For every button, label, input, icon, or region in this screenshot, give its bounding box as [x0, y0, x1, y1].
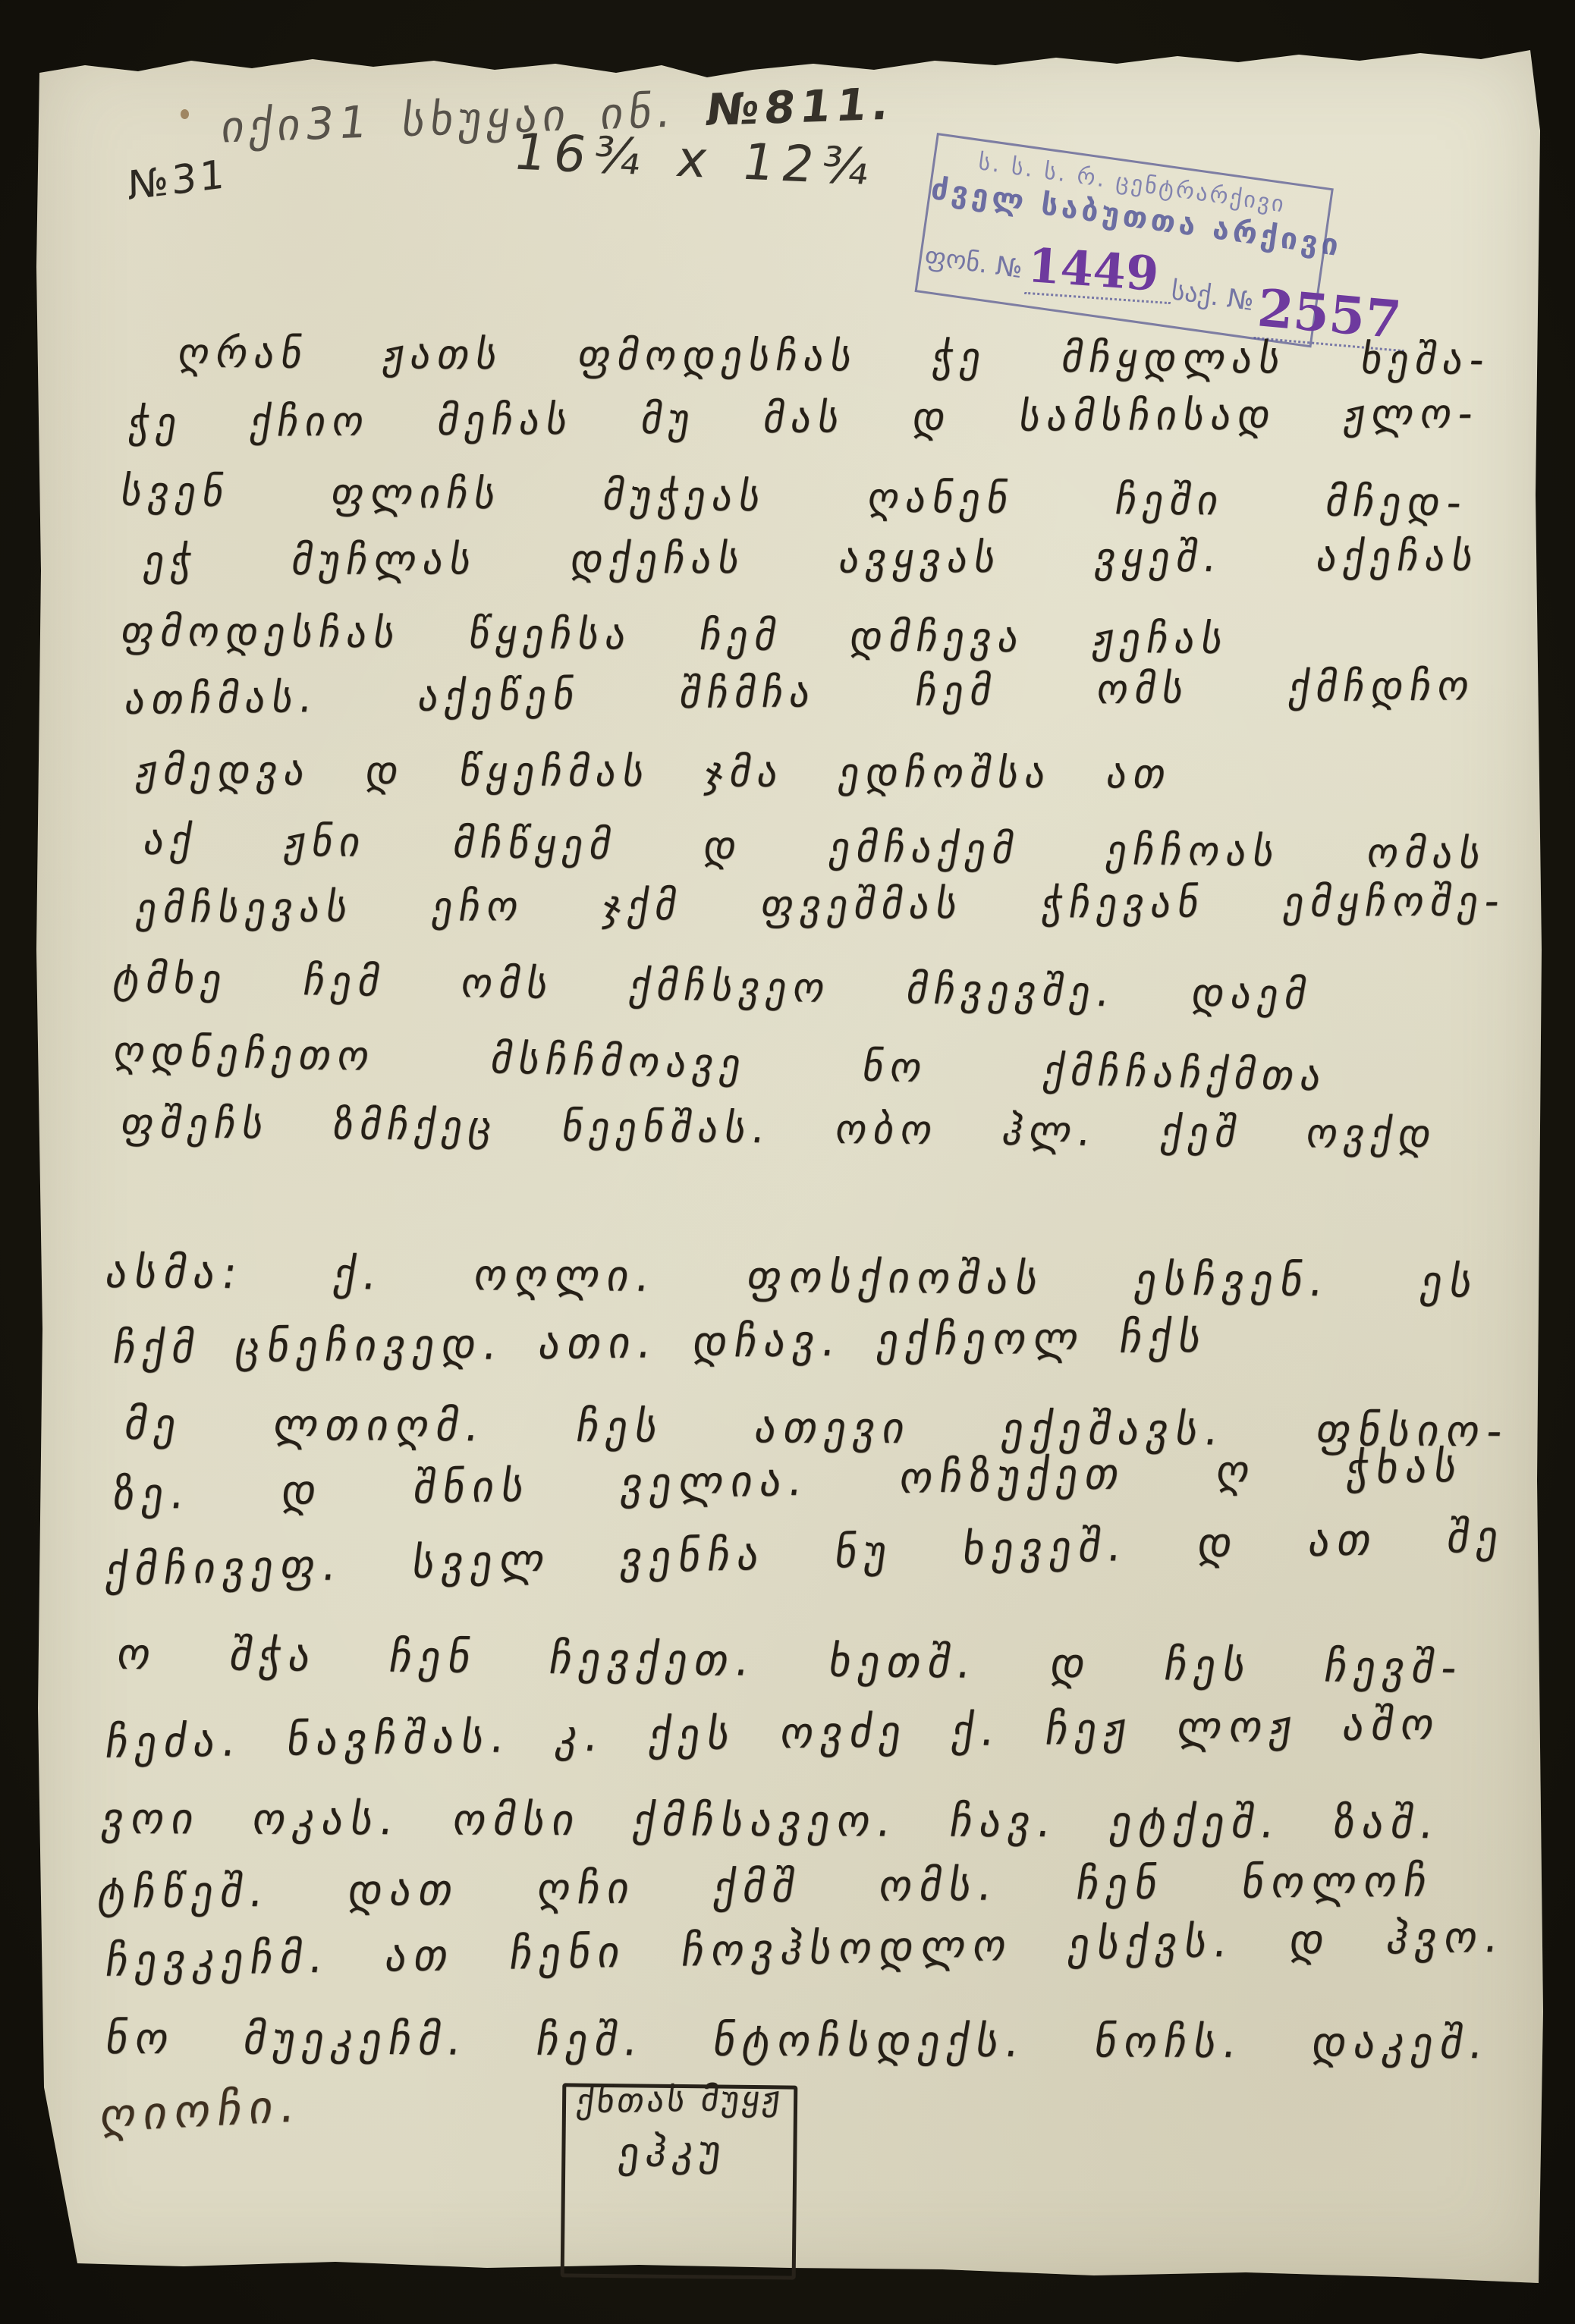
- fond-number: 1449: [1024, 242, 1174, 304]
- pencil-annotation-number: №811.: [703, 77, 898, 136]
- box-note-line: ქნთას მუყჟ: [574, 2079, 785, 2121]
- handwritten-line: ემჩსევას ეჩო ჯქმ ფვეშმას ჭჩევან ემყჩოშე-: [133, 878, 1510, 932]
- handwritten-line: ასმა: ქ. ოღლი. ფოსქიოშას ესჩვენ. ეს: [102, 1247, 1483, 1307]
- paper-stain: [181, 109, 189, 119]
- case-label: საქ. №: [1169, 260, 1258, 317]
- handwritten-line: ეჭ მუჩლას დქეჩას ავყვას ვყეშ. აქეჩას: [140, 533, 1483, 586]
- handwritten-line: ფმოდესჩას წყეჩსა ჩემ დმჩევა ჟეჩას: [118, 608, 1233, 664]
- box-note-line: ეჰკუ: [616, 2126, 730, 2177]
- drawn-ink-box: ქნთას მუყჟ ეჰკუ: [561, 2083, 798, 2279]
- handwritten-line: ღრან ჟათს ფმოდესჩას ჭე მჩყდლას ხეშა-: [174, 330, 1495, 384]
- signature: ღიოჩი.: [97, 2079, 306, 2143]
- handwritten-line: ჭე ქჩიო მეჩას მუ მას დ სამსჩისად ჟლო-: [125, 390, 1482, 447]
- handwritten-line: ჟმედვა დ წყეჩმას ჯმა ედჩოშსა ათ: [133, 747, 1176, 798]
- handwritten-line: ნო მუეკეჩმ. ჩეშ. ნტოჩსდექს. ნოჩს. დაკეშ.: [102, 2013, 1495, 2068]
- fond-label: ფონ. №: [923, 226, 1026, 284]
- handwritten-line: ვოი ოკას. ომსი ქმჩსავეო. ჩავ. ეტქეშ. ზაშ…: [99, 1793, 1446, 1848]
